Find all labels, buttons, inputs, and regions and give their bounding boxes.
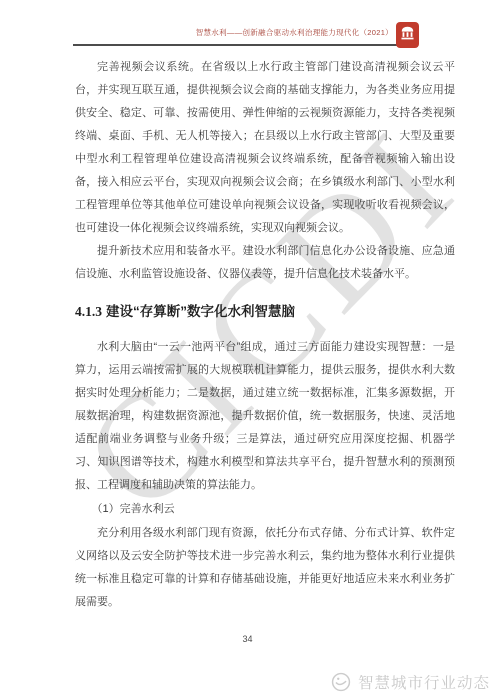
paragraph-equipment-level: 提升新技术应用和装备水平。建设水利部门信息化办公设备设施、应急通信设施、水利监管… [75,240,455,286]
classical-building-icon [399,24,416,47]
paragraph-water-cloud-detail: 充分利用各级水利部门现有资源，依托分布式存储、分布式计算、软件定义网络以及云安全… [75,522,455,614]
publisher-logo [396,22,419,48]
document-body: 完善视频会议系统。在省级以上水行政主管部门建设高清视频会议云平台，并实现互联互通… [75,56,455,614]
section-title: 建设“存算断”数字化水利智慧脑 [106,304,295,319]
header-divider [73,44,399,46]
list-item-water-cloud: （1）完善水利云 [75,498,455,521]
document-page: 智慧水利——创新融合驱动水利治理能力现代化（2021） CICDI 完善视频会议… [0,0,495,700]
page-number: 34 [0,634,495,644]
header-title: 智慧水利——创新融合驱动水利治理能力现代化（2021） [196,27,393,38]
section-number: 4.1.3 [75,304,102,319]
footer-brand: 智慧城市行业动态 [330,671,490,693]
smiley-face-icon [330,671,352,693]
footer-brand-text: 智慧城市行业动态 [358,671,490,693]
paragraph-video-conference: 完善视频会议系统。在省级以上水行政主管部门建设高清视频会议云平台，并实现互联互通… [75,56,455,240]
section-heading: 4.1.3建设“存算断”数字化水利智慧脑 [75,300,455,323]
paragraph-water-brain: 水利大脑由“一云一池两平台”组成，通过三方面能力建设实现智慧：一是算力，运用云端… [75,336,455,497]
